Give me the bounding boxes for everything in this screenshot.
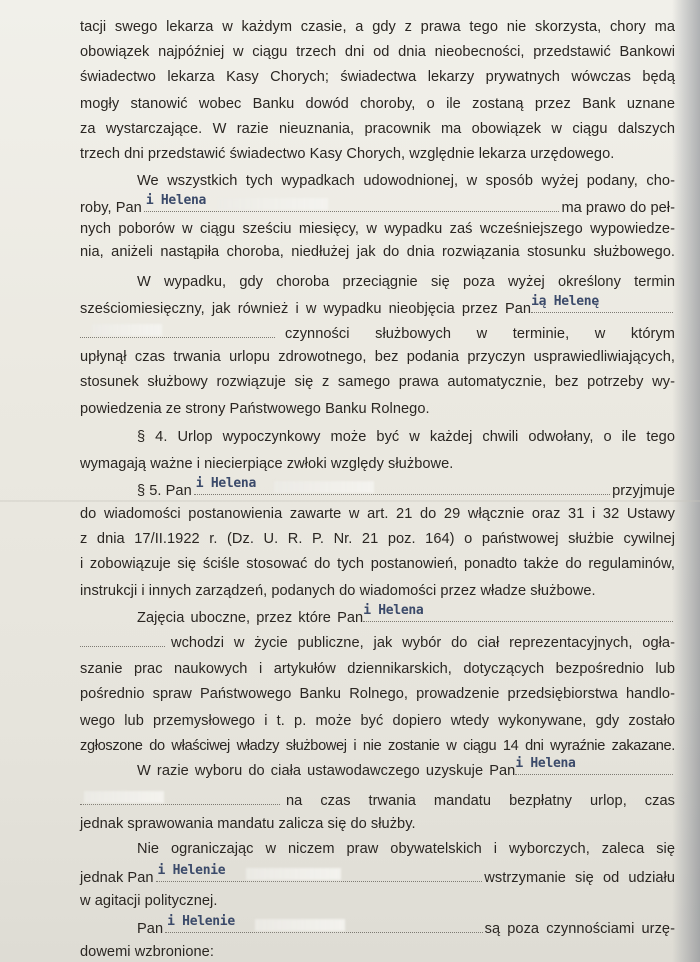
section-5-line-2: do wiadomości postanowienia zawarte w ar… bbox=[80, 505, 675, 523]
paragraph-8-line-1: Nie ograniczając w niczem praw obywatels… bbox=[80, 840, 675, 858]
paragraph-6-line-3: szanie prac naukowych i artykułów dzienn… bbox=[80, 660, 675, 678]
paragraph-1-line-5: za wystarczające. W razie nieuznania, pr… bbox=[80, 120, 675, 138]
text-fragment: sześciomiesięczny, jak również i w wypad… bbox=[80, 300, 531, 318]
name-field-helenie: i Helenie bbox=[156, 867, 483, 882]
redacted-surname bbox=[274, 481, 374, 493]
paragraph-7-line-2: na czas trwania mandatu bezpłatny urlop,… bbox=[80, 790, 675, 810]
paragraph-6-line-2: wchodzi w życie publiczne, jak wybór do … bbox=[80, 632, 675, 652]
paragraph-6-line-5: wego lub przemysłowego i t. p. może być … bbox=[80, 712, 675, 730]
text-fragment: przyjmuje bbox=[612, 482, 675, 500]
name-field-continuation bbox=[80, 790, 280, 805]
typed-name: i Helenie bbox=[167, 913, 235, 931]
paragraph-3-line-4: upłynął czas trwania urlopu zdrowotnego,… bbox=[80, 348, 675, 366]
paragraph-6-line-1: Zajęcia uboczne, przez które Pan i Helen… bbox=[80, 607, 675, 627]
name-field-helena: i Helena bbox=[363, 607, 673, 622]
paragraph-2-line-3: nych poborów w ciągu sześciu miesięcy, w… bbox=[80, 220, 675, 238]
section-4-line-1: § 4. Urlop wypoczynkowy może być w każde… bbox=[80, 428, 675, 446]
text-fragment: wstrzymanie się od udziału bbox=[484, 869, 675, 887]
name-field-helene: ią Helenę bbox=[531, 298, 673, 313]
section-5-line-3: z dnia 17/II.1922 r. (Dz. U. R. P. Nr. 2… bbox=[80, 530, 675, 548]
paragraph-3-line-3: czynności służbowych w terminie, w który… bbox=[80, 323, 675, 343]
paper-crease bbox=[0, 500, 700, 502]
redacted-surname bbox=[246, 868, 341, 880]
paragraph-1-line-1: tacji swego lekarza w każdym czasie, a g… bbox=[80, 18, 675, 36]
paragraph-3-line-1: W wypadku, gdy choroba przeciągnie się p… bbox=[80, 273, 675, 291]
typed-name: i Helena bbox=[196, 475, 256, 493]
paragraph-8-line-3: w agitacji politycznej. bbox=[80, 892, 675, 910]
section-5-line-4: i zobowiązuje się ściśle stosować do tyc… bbox=[80, 555, 675, 573]
text-fragment: wchodzi w życie publiczne, jak wybór do … bbox=[171, 634, 675, 652]
text-fragment: Pan bbox=[137, 920, 163, 938]
paragraph-7-line-1: W razie wyboru do ciała ustawodawczego u… bbox=[80, 760, 675, 780]
paragraph-1-line-2: obowiązek najpóźniej w ciągu trzech dni … bbox=[80, 43, 675, 61]
scanned-document-page: tacji swego lekarza w każdym czasie, a g… bbox=[0, 0, 700, 962]
redacted-surname bbox=[92, 324, 162, 336]
text-fragment: roby, Pan bbox=[80, 199, 142, 217]
name-field-continuation bbox=[80, 323, 275, 338]
paragraph-7-line-3: jednak sprawowania mandatu zalicza się d… bbox=[80, 815, 675, 833]
text-fragment: ma prawo do peł- bbox=[561, 199, 675, 217]
paragraph-6-line-4: pośrednio spraw Państwowego Banku Rolneg… bbox=[80, 685, 675, 703]
text-fragment: czynności służbowych w terminie, w który… bbox=[285, 325, 675, 343]
paragraph-3-line-2: sześciomiesięczny, jak również i w wypad… bbox=[80, 298, 675, 318]
paragraph-6-line-6: zgłoszone do właściwej władzy służbowej … bbox=[80, 737, 675, 755]
paragraph-2-line-2: roby, Pan i Helena ma prawo do peł- bbox=[80, 197, 675, 217]
text-fragment: są poza czynnościami urzę- bbox=[485, 920, 675, 938]
typed-name: i Helena bbox=[146, 192, 206, 210]
paragraph-9-line-2: dowemi wzbronione: bbox=[80, 943, 675, 961]
typed-name: i Helena bbox=[515, 755, 575, 773]
section-5-line-1: § 5. Pan i Helena przyjmuje bbox=[80, 480, 675, 500]
paragraph-3-line-5: stosunek służbowy rozwiązuje się z sameg… bbox=[80, 373, 675, 391]
typed-name: i Helena bbox=[363, 602, 423, 620]
name-field-helena: i Helena bbox=[515, 760, 673, 775]
text-fragment: § 5. Pan bbox=[137, 482, 192, 500]
name-field-helena: i Helena bbox=[144, 197, 560, 212]
paragraph-1-line-4: mogły stanowić wobec Banku dowód choroby… bbox=[80, 95, 675, 113]
paragraph-2-line-1: We wszystkich tych wypadkach udowodnione… bbox=[80, 172, 675, 190]
redacted-surname bbox=[84, 791, 164, 803]
text-fragment: na czas trwania mandatu bezpłatny urlop,… bbox=[286, 792, 675, 810]
section-4-line-2: wymagają ważne i niecierpiące zwłoki wzg… bbox=[80, 455, 675, 473]
name-field-helenie: i Helenie bbox=[165, 918, 483, 933]
paragraph-9-line-1: Pan i Helenie są poza czynnościami urzę- bbox=[80, 918, 675, 938]
paragraph-2-line-4: nia, aniżeli nastąpiła choroba, niedłuże… bbox=[80, 243, 675, 261]
redacted-surname bbox=[255, 919, 345, 931]
text-fragment: Zajęcia uboczne, przez które Pan bbox=[137, 609, 363, 627]
typed-name: ią Helenę bbox=[531, 293, 599, 311]
name-field-helena: i Helena bbox=[194, 480, 610, 495]
redacted-surname bbox=[218, 198, 328, 210]
paragraph-1-line-6: trzech dni przedstawić świadectwo Kasy C… bbox=[80, 145, 675, 163]
paragraph-8-line-2: jednak Pan i Helenie wstrzymanie się od … bbox=[80, 867, 675, 887]
text-fragment: jednak Pan bbox=[80, 869, 154, 887]
text-fragment: W razie wyboru do ciała ustawodawczego u… bbox=[137, 762, 515, 780]
section-5-line-5: instrukcji i innych zarządzeń, podanych … bbox=[80, 582, 675, 600]
paragraph-1-line-3: świadectwo lekarza Kasy Chorych; świadec… bbox=[80, 68, 675, 86]
paragraph-3-line-6: powiedzenia ze strony Państwowego Banku … bbox=[80, 400, 675, 418]
name-field-continuation bbox=[80, 632, 165, 647]
typed-name: i Helenie bbox=[158, 862, 226, 880]
